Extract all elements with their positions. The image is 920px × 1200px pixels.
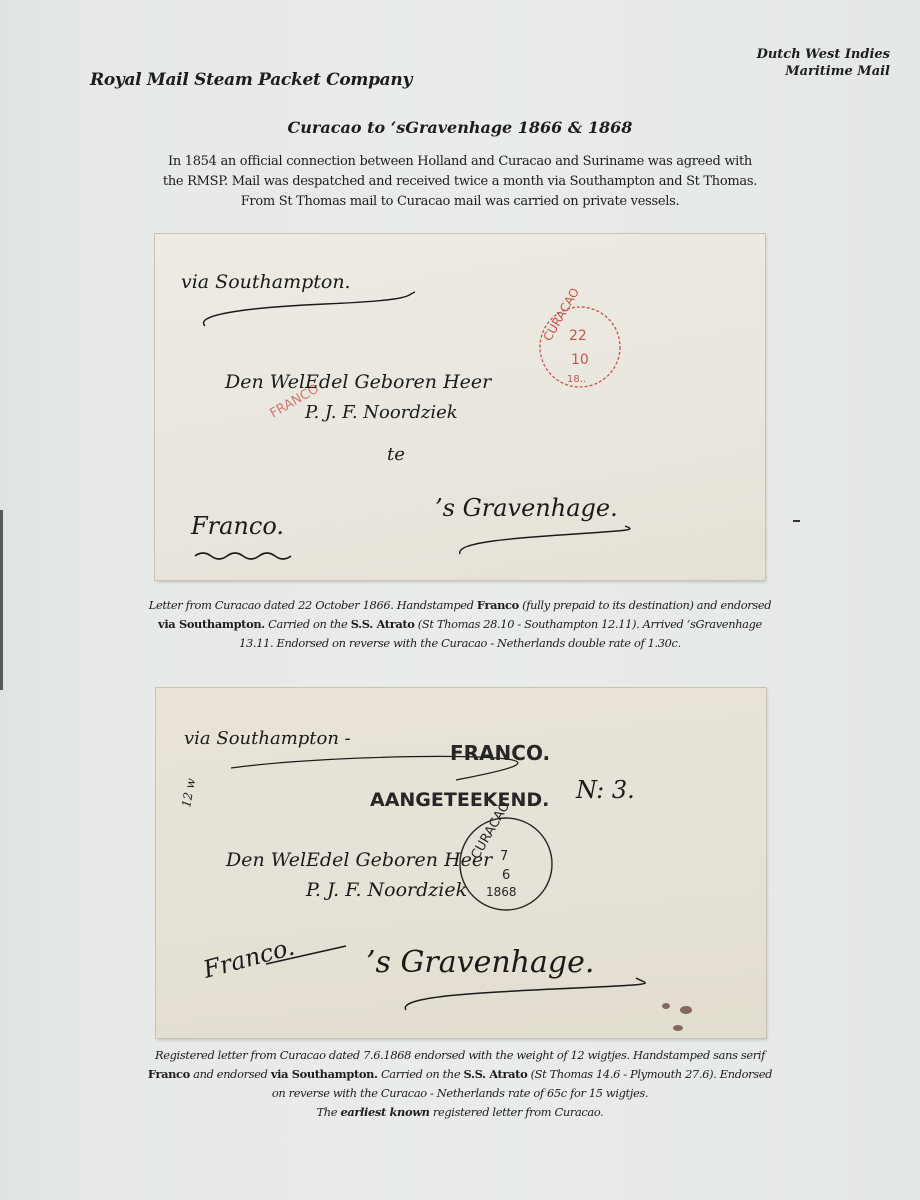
- page-title: Curacao to ‘sGravenhage 1866 & 1868: [0, 118, 920, 137]
- handstamp-aangeteekend: AANGETEEKEND.: [370, 789, 549, 811]
- caption-bold-ship: S.S. Atrato: [463, 1067, 527, 1081]
- svg-text:7: 7: [500, 849, 508, 864]
- address-line-3: te: [387, 444, 405, 465]
- postmark-curacao-1866: CURACAO 22 10 18..: [540, 286, 620, 387]
- svg-text:6: 6: [502, 868, 510, 883]
- manuscript-franco: Franco.: [190, 512, 284, 540]
- caption-bold-via: via Southampton.: [158, 617, 265, 631]
- address-line-1: Den WelEdel Geboren Heer: [224, 371, 493, 393]
- address-line-2: P. J. F. Noordziek: [304, 402, 458, 423]
- address-city: ’s Gravenhage.: [366, 945, 594, 980]
- exhibit-heading: Royal Mail Steam Packet Company: [90, 70, 412, 90]
- cover-1866: via Southampton. CURACAO 22 10 18.. FRAN…: [155, 234, 765, 580]
- margin-mark: [793, 520, 800, 522]
- ink-stains: [662, 1003, 692, 1031]
- weight-note: 12 w: [179, 776, 198, 808]
- cover-1868: via Southampton - FRANCO. AANGETEEKEND. …: [156, 688, 766, 1038]
- svg-text:1868: 1868: [486, 885, 517, 899]
- binder-edge: [0, 0, 4, 1200]
- address-city: ’s Gravenhage.: [435, 494, 618, 522]
- section-label-line1: Dutch West Indies: [757, 46, 890, 63]
- cover-1868-markings: via Southampton - FRANCO. AANGETEEKEND. …: [156, 688, 766, 1038]
- svg-text:18..: 18..: [567, 374, 586, 385]
- binder-strip: [0, 510, 3, 690]
- exhibit-section-label: Dutch West Indies Maritime Mail: [757, 46, 890, 80]
- intro-text: In 1854 an official connection between H…: [160, 152, 760, 212]
- handstamp-franco: FRANCO.: [450, 741, 550, 765]
- svg-text:22: 22: [569, 328, 587, 344]
- caption-bold-earliest: earliest known: [340, 1105, 429, 1119]
- svg-text:10: 10: [571, 352, 589, 368]
- caption-1868: Registered letter from Curacao dated 7.6…: [140, 1046, 780, 1122]
- registration-number: N: 3.: [575, 776, 635, 804]
- caption-bold-franco: Franco: [477, 598, 519, 612]
- endorsement-via-southampton: via Southampton.: [181, 271, 351, 293]
- cover-1866-markings: via Southampton. CURACAO 22 10 18.. FRAN…: [155, 234, 765, 580]
- caption-bold-franco: Franco: [148, 1067, 190, 1081]
- section-label-line2: Maritime Mail: [757, 63, 890, 80]
- endorsement-via-southampton: via Southampton -: [184, 728, 351, 749]
- caption-bold-ship: S.S. Atrato: [351, 617, 415, 631]
- address-line-1: Den WelEdel Geboren Heer: [225, 849, 494, 871]
- address-line-2: P. J. F. Noordziek: [305, 879, 467, 901]
- caption-bold-via: via Southampton.: [271, 1067, 378, 1081]
- manuscript-franco: Franco.: [199, 933, 297, 984]
- caption-1866: Letter from Curacao dated 22 October 186…: [140, 596, 780, 653]
